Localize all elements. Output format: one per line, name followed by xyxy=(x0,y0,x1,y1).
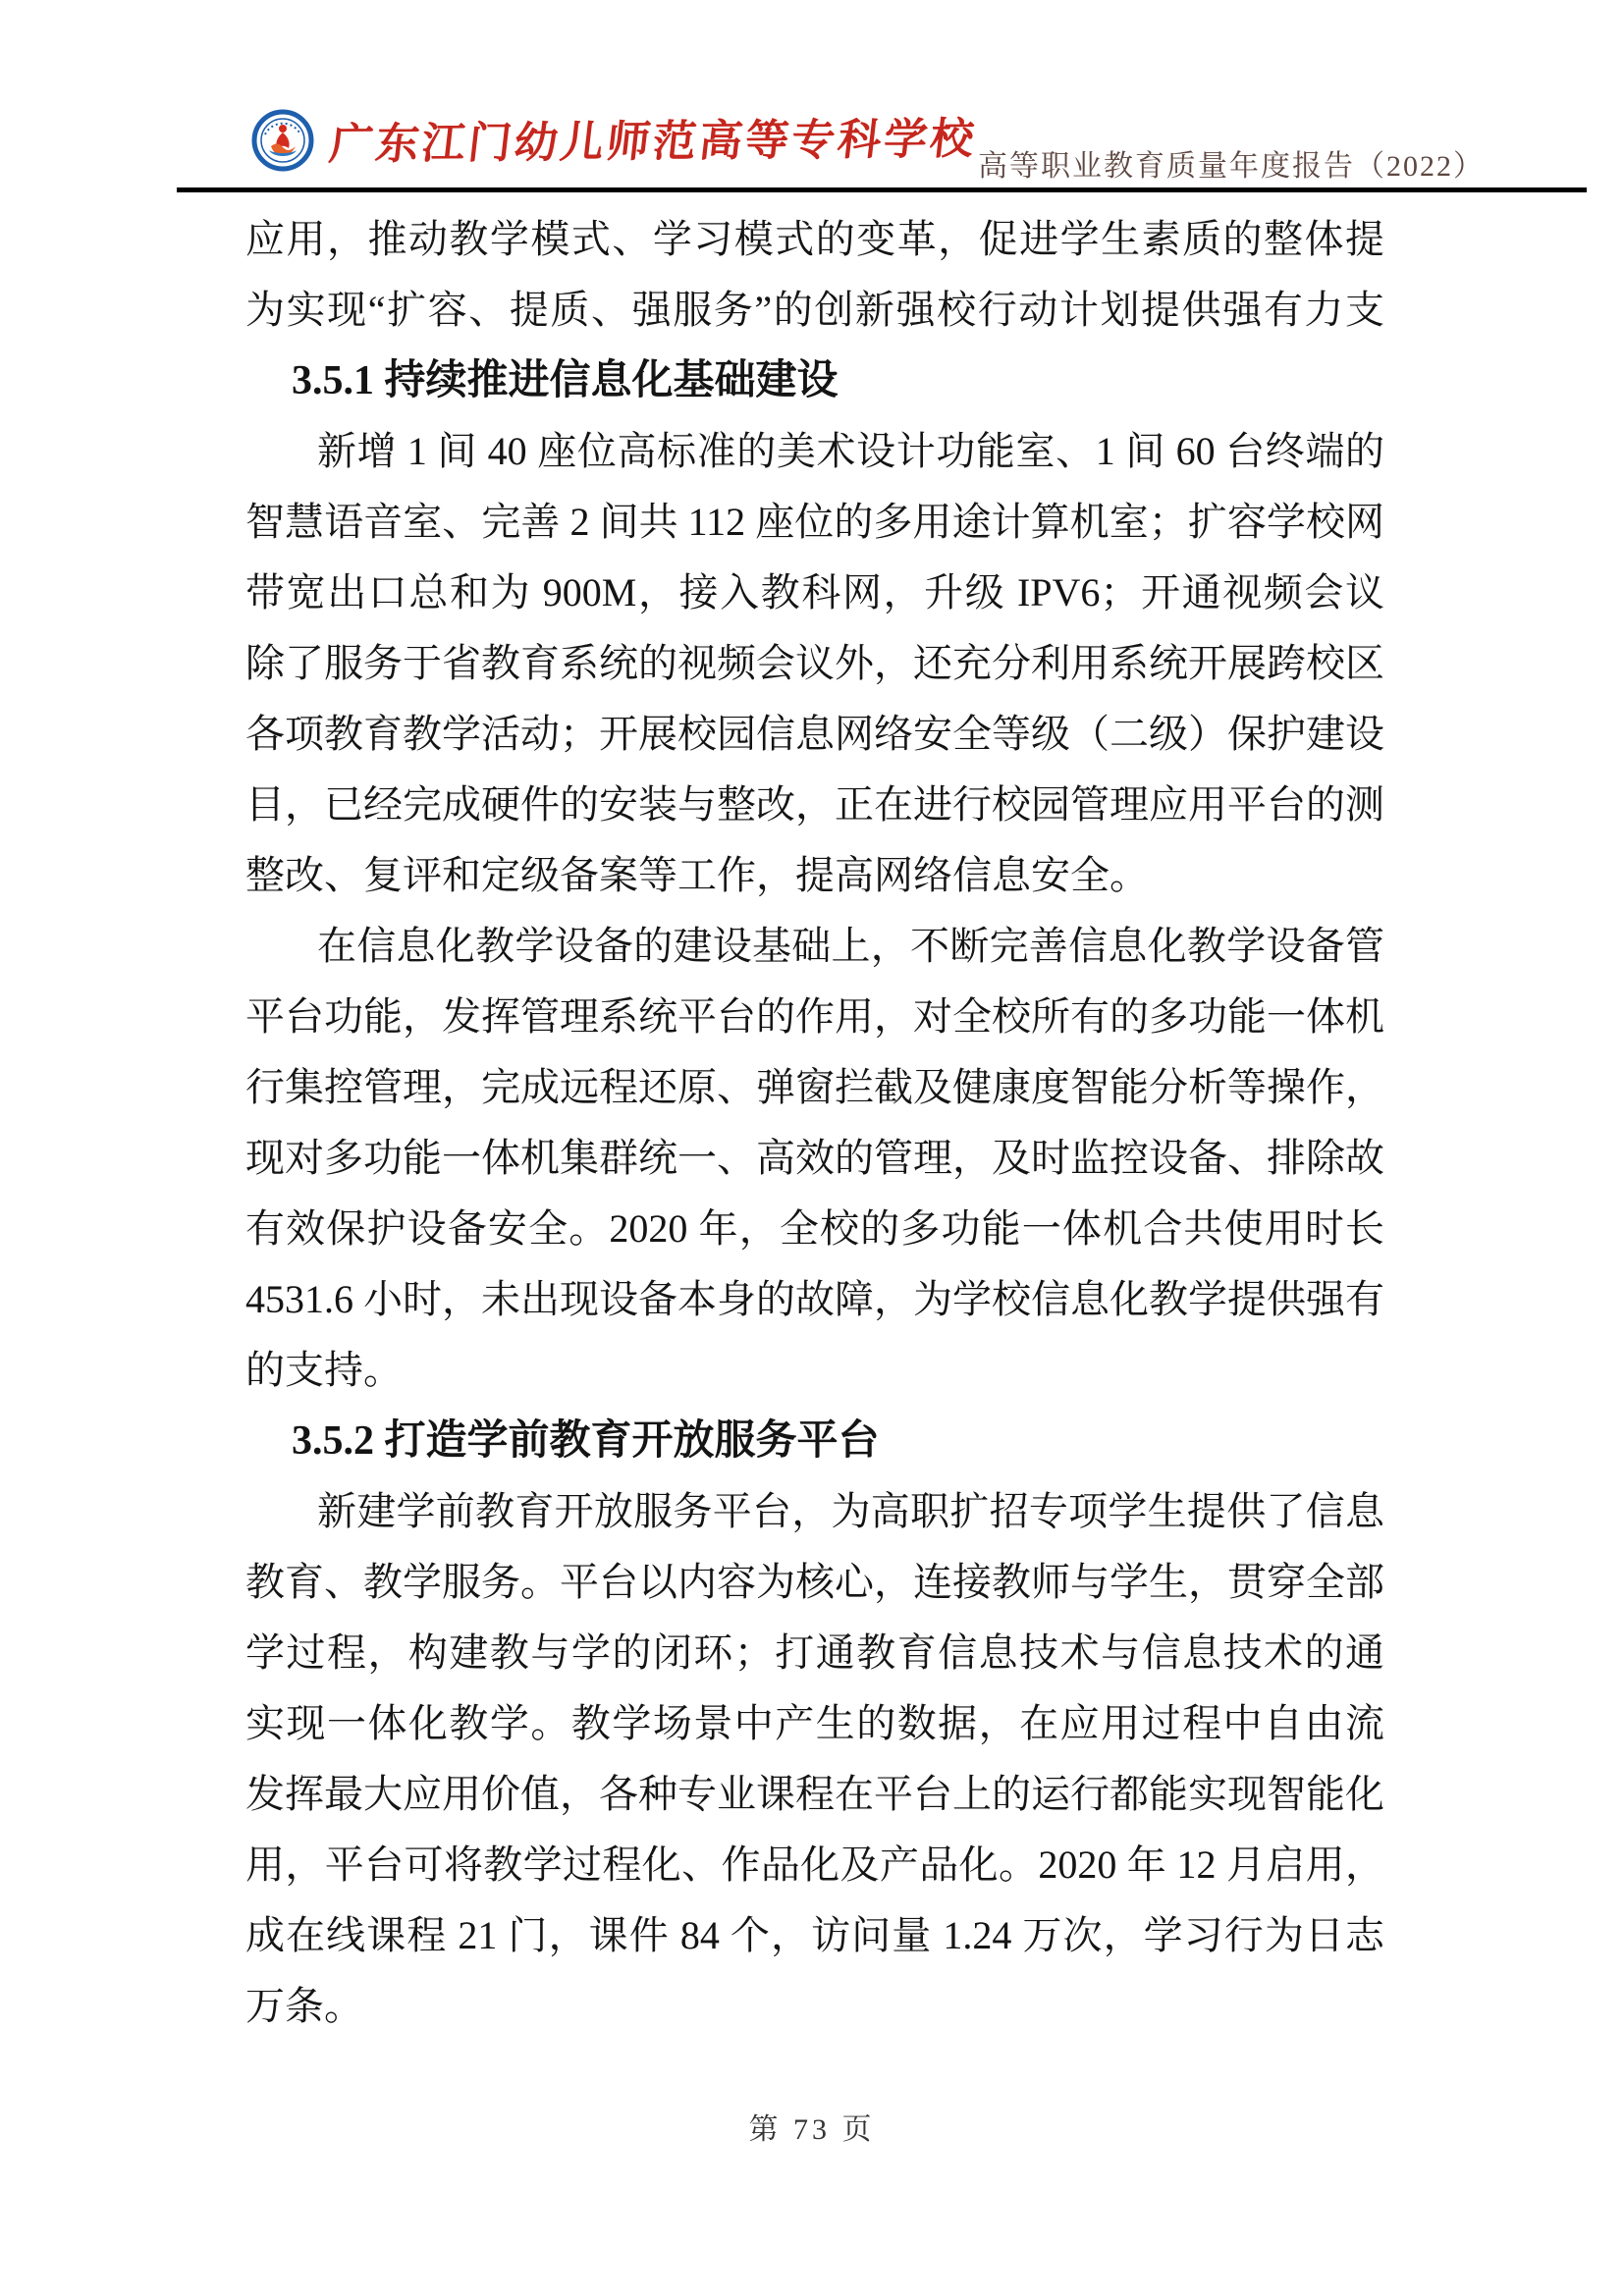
header-rule xyxy=(177,187,1587,192)
text-line: 带宽出口总和为 900M，接入教科网，升级 IPV6；开通视频会议系统， xyxy=(245,558,1384,628)
text-line: 智慧语音室、完善 2 间共 112 座位的多用途计算机室；扩容学校网络 xyxy=(245,487,1384,558)
text-line: 实现一体化教学。教学场景中产生的数据，在应用过程中自由流转， xyxy=(245,1688,1384,1759)
text-line: 新建学前教育开放服务平台，为高职扩招专项学生提供了信息化 xyxy=(245,1476,1384,1547)
document-page: 广东江门幼儿师范高等专科学校 高等职业教育质量年度报告（2022） 应用，推动教… xyxy=(0,0,1624,2296)
page-footer: 第 73 页 xyxy=(0,2109,1624,2152)
text-line: 目，已经完成硬件的安装与整改，正在进行校园管理应用平台的测评、 xyxy=(245,770,1384,840)
text-line: 平台功能，发挥管理系统平台的作用，对全校所有的多功能一体机进 xyxy=(245,982,1384,1052)
section-heading: 3.5.2 打造学前教育开放服务平台 xyxy=(245,1406,1384,1476)
page-number: 第 73 页 xyxy=(749,2113,876,2146)
text-line: 学过程，构建教与学的闭环；打通教育信息技术与信息技术的通道， xyxy=(245,1618,1384,1688)
text-line: 整改、复评和定级备案等工作，提高网络信息安全。 xyxy=(245,840,1384,911)
section-heading: 3.5.1 持续推进信息化基础建设 xyxy=(245,346,1384,416)
document-lines: 应用，推动教学模式、学习模式的变革，促进学生素质的整体提升，为实现“扩容、提质、… xyxy=(245,204,1384,2042)
text-line: 用，平台可将教学过程化、作品化及产品化。2020 年 12 月启用，建 xyxy=(245,1830,1384,1900)
text-line: 的支持。 xyxy=(245,1335,1384,1406)
text-line: 行集控管理，完成远程还原、弹窗拦截及健康度智能分析等操作，实 xyxy=(245,1052,1384,1123)
text-line: 教育、教学服务。平台以内容为核心，连接教师与学生，贯穿全部教 xyxy=(245,1547,1384,1618)
text-line: 4531.6 小时，未出现设备本身的故障，为学校信息化教学提供强有力 xyxy=(245,1264,1384,1335)
school-logo-icon xyxy=(251,109,314,172)
text-line: 发挥最大应用价值，各种专业课程在平台上的运行都能实现智能化应 xyxy=(245,1759,1384,1830)
text-line: 各项教育教学活动；开展校园信息网络安全等级（二级）保护建设项 xyxy=(245,699,1384,770)
report-title: 高等职业教育质量年度报告（2022） xyxy=(978,147,1485,187)
text-line: 现对多功能一体机集群统一、高效的管理，及时监控设备、排除故障， xyxy=(245,1123,1384,1194)
text-line: 万条。 xyxy=(245,1971,1384,2042)
school-name-calligraphy: 广东江门幼儿师范高等专科学校 xyxy=(326,111,979,174)
text-line: 在信息化教学设备的建设基础上，不断完善信息化教学设备管理 xyxy=(245,911,1384,982)
text-line: 除了服务于省教育系统的视频会议外，还充分利用系统开展跨校区的 xyxy=(245,628,1384,699)
text-line: 新增 1 间 40 座位高标准的美术设计功能室、1 间 60 台终端的云 xyxy=(245,416,1384,487)
text-line: 应用，推动教学模式、学习模式的变革，促进学生素质的整体提升， xyxy=(245,204,1384,275)
text-line: 有效保护设备安全。2020 年，全校的多功能一体机合共使用时长达 xyxy=(245,1194,1384,1264)
text-line: 成在线课程 21 门，课件 84 个，访问量 1.24 万次，学习行为日志 1.… xyxy=(245,1900,1384,1971)
text-line: 为实现“扩容、提质、强服务”的创新强校行动计划提供强有力支持。 xyxy=(245,275,1384,346)
